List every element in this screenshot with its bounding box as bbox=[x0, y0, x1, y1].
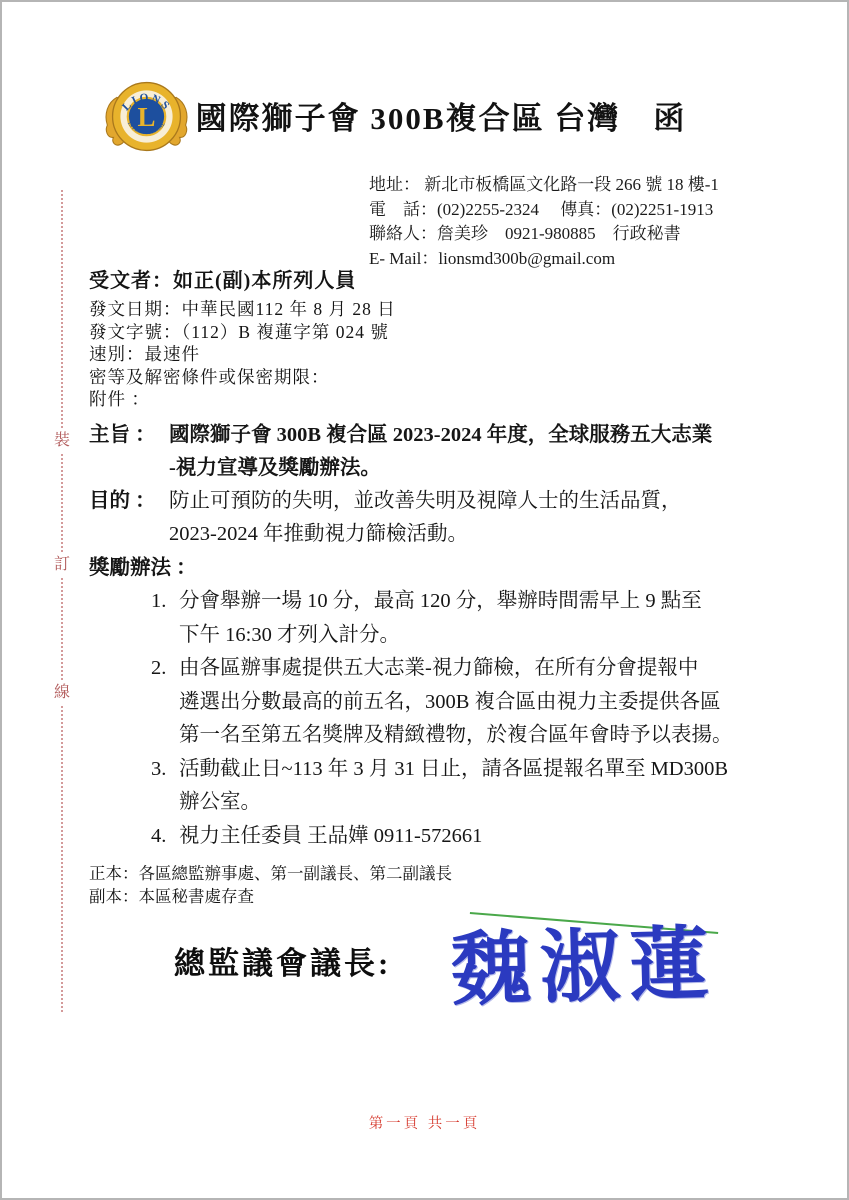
contact-phone-fax: 電 話：(02)2255-2324 傳真：(02)2251-1913 bbox=[369, 198, 719, 223]
subject-content: 國際獅子會 300B 複合區 2023-2024 年度，全球服務五大志業 -視力… bbox=[169, 419, 712, 485]
list-item: 1. 分會舉辦一場 10 分，最高 120 分，舉辦時間需早上 9 點至 下午 … bbox=[151, 585, 799, 652]
attachment: 附件 ： bbox=[89, 388, 396, 411]
rewards-heading: 獎勵辦法 ： bbox=[89, 552, 799, 585]
confidentiality: 密等及解密條件或保密期限： bbox=[89, 366, 396, 389]
contact-address: 地址： 新北市板橋區文化路一段 266 號 18 樓-1 bbox=[369, 173, 719, 198]
item-number: 2. bbox=[151, 652, 179, 686]
item-line: 由各區辦事處提供五大志業-視力篩檢，在所有分會提報中 bbox=[179, 652, 733, 686]
lions-emblem-icon: LIONS INTERNATIONAL L bbox=[103, 73, 190, 160]
subject-label: 主旨 ： bbox=[89, 419, 169, 452]
item-number: 1. bbox=[151, 585, 179, 619]
item-number: 3. bbox=[151, 753, 179, 787]
purpose-label: 目的 ： bbox=[89, 485, 169, 518]
binding-char-xian: 線 bbox=[53, 682, 71, 704]
letter-body: 主旨 ： 國際獅子會 300B 複合區 2023-2024 年度，全球服務五大志… bbox=[89, 419, 799, 853]
letter-page: LIONS INTERNATIONAL L 國際獅子會 300B複合區 台灣 函… bbox=[0, 0, 849, 1200]
document-title: 國際獅子會 300B複合區 台灣 函 bbox=[195, 93, 687, 138]
subject-line: -視力宣導及獎勵辦法。 bbox=[169, 452, 712, 485]
logo-monogram-L: L bbox=[138, 102, 156, 132]
purpose-content: 防止可預防的失明，並改善失明及視障人士的生活品質， 2023-2024 年推動視… bbox=[169, 485, 682, 551]
purpose-line: 2023-2024 年推動視力篩檢活動。 bbox=[169, 518, 682, 551]
original-copy-line: 正本：各區總監辦事處、第一副議長、第二副議長 bbox=[89, 862, 452, 885]
item-text: 活動截止日~113 年 3 月 31 日止，請各區提報名單至 MD300B 辦公… bbox=[179, 753, 728, 820]
chairperson-signature-stamp: 魏淑蓮 bbox=[450, 916, 742, 1020]
item-line: 下午 16:30 才列入計分。 bbox=[179, 619, 702, 653]
binding-char-zhuang: 裝 bbox=[53, 430, 71, 452]
item-line: 視力主任委員 王品嬅 0911-572661 bbox=[179, 820, 482, 854]
item-text: 分會舉辦一場 10 分，最高 120 分，舉辦時間需早上 9 點至 下午 16:… bbox=[179, 585, 702, 652]
item-text: 視力主任委員 王品嬅 0911-572661 bbox=[179, 820, 482, 854]
subject-line: 國際獅子會 300B 複合區 2023-2024 年度，全球服務五大志業 bbox=[169, 419, 712, 452]
binding-char-ding: 訂 bbox=[53, 554, 71, 576]
issue-date: 發文日期：中華民國112 年 8 月 28 日 bbox=[89, 298, 396, 321]
item-line: 辦公室。 bbox=[179, 786, 728, 820]
recipient-line: 受文者：如正(副)本所列人員 bbox=[89, 264, 396, 293]
contact-block: 地址： 新北市板橋區文化路一段 266 號 18 樓-1 電 話：(02)225… bbox=[369, 173, 719, 271]
page-number-footer: 第一頁 共一頁 bbox=[2, 1112, 847, 1133]
rewards-list: 1. 分會舉辦一場 10 分，最高 120 分，舉辦時間需早上 9 點至 下午 … bbox=[89, 585, 799, 853]
recipient-block: 受文者：如正(副)本所列人員 發文日期：中華民國112 年 8 月 28 日 發… bbox=[89, 264, 396, 411]
item-line: 分會舉辦一場 10 分，最高 120 分，舉辦時間需早上 9 點至 bbox=[179, 585, 702, 619]
item-line: 遴選出分數最高的前五名，300B 複合區由視力主委提供各區 bbox=[179, 686, 733, 720]
item-line: 活動截止日~113 年 3 月 31 日止，請各區提報名單至 MD300B bbox=[179, 753, 728, 787]
list-item: 3. 活動截止日~113 年 3 月 31 日止，請各區提報名單至 MD300B… bbox=[151, 753, 799, 820]
binding-dotted-line bbox=[61, 190, 63, 1012]
item-text: 由各區辦事處提供五大志業-視力篩檢，在所有分會提報中 遴選出分數最高的前五名，3… bbox=[179, 652, 733, 753]
signature-title-label: 總監議會議長: bbox=[174, 938, 391, 983]
list-item: 4. 視力主任委員 王品嬅 0911-572661 bbox=[151, 820, 799, 854]
subject-row: 主旨 ： 國際獅子會 300B 複合區 2023-2024 年度，全球服務五大志… bbox=[89, 419, 799, 485]
item-line: 第一名至第五名獎牌及精緻禮物，於複合區年會時予以表揚。 bbox=[179, 719, 733, 753]
purpose-row: 目的 ： 防止可預防的失明，並改善失明及視障人士的生活品質， 2023-2024… bbox=[89, 485, 799, 551]
carbon-copy-line: 副本：本區秘書處存查 bbox=[89, 885, 452, 908]
issue-number: 發文字號：（112）B 複蓮字第 024 號 bbox=[89, 321, 396, 344]
contact-person: 聯絡人：詹美珍 0921-980885 行政秘書 bbox=[369, 222, 719, 247]
list-item: 2. 由各區辦事處提供五大志業-視力篩檢，在所有分會提報中 遴選出分數最高的前五… bbox=[151, 652, 799, 753]
purpose-line: 防止可預防的失明，並改善失明及視障人士的生活品質， bbox=[169, 485, 682, 518]
contact-email: E- Mail：lionsmd300b@gmail.com bbox=[369, 247, 719, 272]
lions-club-logo: LIONS INTERNATIONAL L bbox=[103, 73, 190, 160]
speed-level: 速別：最速件 bbox=[89, 343, 396, 366]
distribution-block: 正本：各區總監辦事處、第一副議長、第二副議長 副本：本區秘書處存查 bbox=[89, 862, 452, 908]
item-number: 4. bbox=[151, 820, 179, 854]
